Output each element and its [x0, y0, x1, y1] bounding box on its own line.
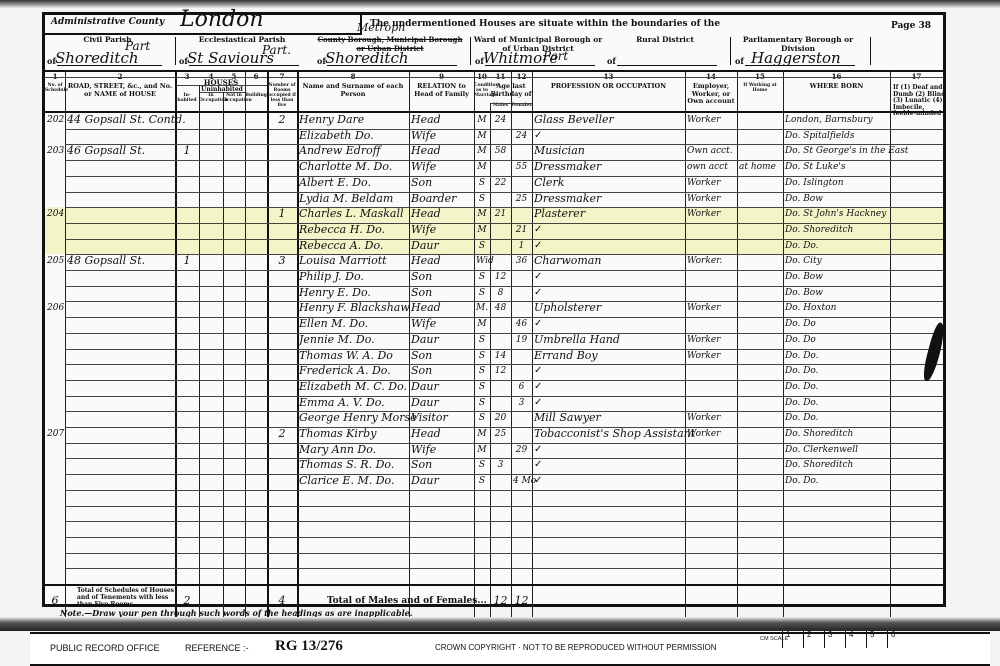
column-header: Condition as to Marriage: [474, 83, 490, 98]
birthplace: Do. City: [785, 254, 888, 268]
working-at-home: at home: [739, 160, 781, 174]
person-name: Mary Ann Do.: [299, 443, 407, 457]
column-header: In Occupation: [199, 93, 223, 103]
birthplace: Do. Spitalfields: [785, 129, 888, 143]
person-name: Jennie M. Do.: [299, 333, 407, 347]
marital-condition: S: [476, 270, 488, 284]
employment-status: Worker: [687, 176, 735, 190]
occupation: Dressmaker: [534, 160, 683, 174]
column-header: RELATION to Head of Family: [409, 83, 474, 98]
cm-scale-mark: 2: [803, 630, 824, 648]
relation: Head: [411, 301, 472, 315]
female-age: 36: [513, 254, 530, 268]
birthplace: Do. Islington: [785, 176, 888, 190]
male-age: 14: [492, 349, 509, 363]
person-name: Philip J. Do.: [299, 270, 407, 284]
relation: Son: [411, 286, 472, 300]
relation: Head: [411, 144, 472, 158]
female-age: 4 Mo: [513, 474, 530, 488]
marital-condition: S: [476, 458, 488, 472]
marital-condition: M: [476, 427, 488, 441]
person-name: Rebecca A. Do.: [299, 239, 407, 253]
address: 48 Gopsall St.: [67, 254, 173, 268]
relation: Head: [411, 254, 472, 268]
person-name: Elizabeth Do.: [299, 129, 407, 143]
check-mark: ✓: [534, 475, 542, 486]
schedule-number: 205: [47, 254, 63, 268]
person-name: Charles L. Maskall: [299, 207, 407, 221]
person-name: Louisa Marriott: [299, 254, 407, 268]
column-header: ROAD, STREET, &c., and No. or NAME of HO…: [65, 83, 175, 98]
relation: Wife: [411, 223, 472, 237]
relation: Daur: [411, 333, 472, 347]
marital-condition: M: [476, 443, 488, 457]
person-name: Henry E. Do.: [299, 286, 407, 300]
relation: Head: [411, 113, 472, 127]
relation: Daur: [411, 380, 472, 394]
occupation: Errand Boy: [534, 349, 683, 363]
person-name: Rebecca H. Do.: [299, 223, 407, 237]
male-age: 3: [492, 458, 509, 472]
marital-condition: M: [476, 113, 488, 127]
rooms-count: 2: [269, 427, 295, 441]
person-name: Charlotte M. Do.: [299, 160, 407, 174]
check-mark: ✓: [534, 381, 542, 392]
relation: Son: [411, 176, 472, 190]
marital-condition: S: [476, 380, 488, 394]
rural-district: Rural District of: [605, 35, 725, 69]
male-age: 12: [492, 364, 509, 378]
census-sheet: Administrative County London The underme…: [42, 12, 946, 607]
inhabited-count: 1: [177, 144, 197, 158]
column-header: If Working at Home: [737, 83, 783, 93]
female-age: 3: [513, 396, 530, 410]
person-name: Thomas W. A. Do: [299, 349, 407, 363]
reference-label: REFERENCE :-: [185, 643, 249, 653]
birthplace: Do. Clerkenwell: [785, 443, 888, 457]
employment-status: Worker: [687, 207, 735, 221]
rooms-count: 2: [269, 113, 295, 127]
check-mark: ✓: [534, 397, 542, 408]
total-females: 12: [513, 594, 530, 608]
employment-status: Worker: [687, 349, 735, 363]
male-age: 12: [492, 270, 509, 284]
check-mark: ✓: [534, 444, 542, 455]
occupation: Umbrella Hand: [534, 333, 683, 347]
employment-status: Worker: [687, 333, 735, 347]
check-mark: ✓: [534, 240, 542, 251]
total-males: 12: [492, 594, 509, 608]
administrative-county-value: London: [180, 7, 264, 32]
relation: Son: [411, 364, 472, 378]
male-age: 25: [492, 427, 509, 441]
reference-number: RG 13/276: [275, 638, 343, 655]
check-mark: ✓: [534, 287, 542, 298]
male-age: 24: [492, 113, 509, 127]
marital-condition: S: [476, 176, 488, 190]
county-borough-insert: Metropn: [357, 21, 405, 34]
rooms-count: 1: [269, 207, 295, 221]
total-schedules: 6: [47, 594, 63, 608]
check-mark: ✓: [534, 365, 542, 376]
birthplace: Do. St Luke's: [785, 160, 888, 174]
check-mark: ✓: [534, 459, 542, 470]
relation: Wife: [411, 443, 472, 457]
relation: Head: [411, 427, 472, 441]
marital-condition: S: [476, 286, 488, 300]
schedule-number: 202: [47, 113, 63, 127]
relation: Wife: [411, 317, 472, 331]
marital-condition: M: [476, 317, 488, 331]
schedule-number: 206: [47, 301, 63, 315]
cm-scale-mark: 6: [887, 630, 908, 648]
administrative-county-label: Administrative County: [51, 17, 164, 27]
employment-status: Worker: [687, 113, 735, 127]
column-header: If (1) Deaf and Dumb (2) Blind (3) Lunat…: [890, 85, 946, 118]
birthplace: Do. St John's Hackney: [785, 207, 888, 221]
schedule-number: 207: [47, 427, 63, 441]
marital-condition: S: [476, 349, 488, 363]
column-header: In-habited: [175, 93, 199, 103]
schedule-number: 203: [47, 144, 63, 158]
relation: Boarder: [411, 192, 472, 206]
birthplace: Do. Do.: [785, 396, 888, 410]
column-header: PROFESSION OR OCCUPATION: [532, 83, 685, 91]
female-age: 19: [513, 333, 530, 347]
relation: Son: [411, 458, 472, 472]
marital-condition: S: [476, 239, 488, 253]
occupation: Musician: [534, 144, 683, 158]
total-inhabited: 2: [177, 594, 197, 608]
town-village: [815, 35, 955, 69]
of-label: of: [607, 56, 616, 66]
birthplace: Do. Do.: [785, 474, 888, 488]
ward: Ward of Municipal Borough or of Urban Di…: [473, 35, 603, 69]
marital-condition: M: [476, 129, 488, 143]
check-mark: ✓: [534, 130, 542, 141]
employment-status: Worker: [687, 192, 735, 206]
scan-edge: [0, 0, 1000, 8]
marital-condition: S: [476, 333, 488, 347]
copyright-notice: CROWN COPYRIGHT · NOT TO BE REPRODUCED W…: [435, 643, 717, 652]
birthplace: Do. Do.: [785, 349, 888, 363]
birthplace: Do. Bow: [785, 270, 888, 284]
relation: Head: [411, 207, 472, 221]
male-age: 20: [492, 411, 509, 425]
female-age: 1: [513, 239, 530, 253]
male-age: 58: [492, 144, 509, 158]
relation: Son: [411, 270, 472, 284]
birthplace: London, Barnsbury: [785, 113, 888, 127]
column-header: Number of Rooms occupied if less than fi…: [267, 83, 297, 108]
marital-condition: S: [476, 396, 488, 410]
employment-status: Worker: [687, 427, 735, 441]
male-age: 48: [492, 301, 509, 315]
person-name: Elizabeth M. C. Do.: [299, 380, 407, 394]
person-name: Thomas Kirby: [299, 427, 407, 441]
person-name: Albert E. Do.: [299, 176, 407, 190]
birthplace: Do. Do.: [785, 364, 888, 378]
marital-condition: M: [476, 207, 488, 221]
relation: Daur: [411, 474, 472, 488]
totals-schedules-label: Total of Schedules of Houses and of Tene…: [77, 587, 177, 608]
check-mark: ✓: [534, 224, 542, 235]
column-header: No. of Schedule: [45, 83, 65, 93]
civil-parish-label: Civil Parish: [45, 35, 170, 44]
birthplace: Do. Bow: [785, 192, 888, 206]
cm-scale-mark: 1: [782, 630, 803, 648]
person-name: Lydia M. Beldam: [299, 192, 407, 206]
marital-condition: S: [476, 474, 488, 488]
birthplace: Do. Do: [785, 333, 888, 347]
rural-district-label: Rural District: [605, 35, 725, 44]
intro-text: The undermentioned Houses are situate wi…: [370, 19, 720, 29]
relation: Wife: [411, 160, 472, 174]
person-name: Andrew Edroff: [299, 144, 407, 158]
marital-condition: M.: [476, 301, 488, 315]
birthplace: Do. Bow: [785, 286, 888, 300]
birthplace: Do. St George's in the East: [785, 144, 888, 158]
relation: Daur: [411, 239, 472, 253]
of-label: of: [735, 56, 744, 66]
birthplace: Do. Shoreditch: [785, 427, 888, 441]
marital-condition: S: [476, 364, 488, 378]
totals-males-females-label: Total of Males and of Females...: [327, 596, 487, 606]
male-age: 8: [492, 286, 509, 300]
page-number: Page 38: [891, 21, 931, 31]
county-borough: Metropn County Borough, Municipal Boroug…: [315, 35, 465, 69]
office-label: PUBLIC RECORD OFFICE: [50, 643, 160, 653]
occupation: Upholsterer: [534, 301, 683, 315]
inhabited-count: 1: [177, 254, 197, 268]
person-name: Henry Dare: [299, 113, 407, 127]
employment-status: Worker: [687, 411, 735, 425]
cm-scale-mark: 5: [866, 630, 887, 648]
birthplace: Do. Shoreditch: [785, 458, 888, 472]
address: 44 Gopsall St. Contd.: [67, 113, 173, 127]
employment-status: Worker.: [687, 254, 735, 268]
marital-condition: S: [476, 411, 488, 425]
person-name: Henry F. Blackshaw: [299, 301, 407, 315]
marital-condition: Wid: [476, 254, 488, 268]
relation: Visitor: [411, 411, 472, 425]
female-age: 24: [513, 129, 530, 143]
employment-status: own acct: [687, 160, 735, 174]
occupation: Charwoman: [534, 254, 683, 268]
relation: Wife: [411, 129, 472, 143]
person-name: George Henry Morse: [299, 411, 407, 425]
occupation: Glass Beveller: [534, 113, 683, 127]
person-name: Thomas S. R. Do.: [299, 458, 407, 472]
archive-footer: PUBLIC RECORD OFFICE REFERENCE :- RG 13/…: [30, 632, 990, 666]
occupation: Mill Sawyer: [534, 411, 683, 425]
occupation: Clerk: [534, 176, 683, 190]
check-mark: ✓: [534, 271, 542, 282]
employment-status: Worker: [687, 301, 735, 315]
address: 46 Gopsall St.: [67, 144, 173, 158]
person-name: Frederick A. Do.: [299, 364, 407, 378]
marital-condition: S: [476, 192, 488, 206]
female-age: 21: [513, 223, 530, 237]
female-age: 25: [513, 192, 530, 206]
relation: Daur: [411, 396, 472, 410]
marital-condition: M: [476, 144, 488, 158]
cm-scale-mark: 4: [845, 630, 866, 648]
column-header: Name and Surname of each Person: [297, 83, 409, 98]
marital-condition: M: [476, 223, 488, 237]
occupation: Dressmaker: [534, 192, 683, 206]
scan-edge-bottom: [0, 617, 1000, 631]
male-age: 22: [492, 176, 509, 190]
column-header: WHERE BORN: [783, 83, 890, 91]
civil-parish: Civil Parish Part of Shoreditch: [45, 35, 170, 69]
check-mark: ✓: [534, 318, 542, 329]
occupation: Plasterer: [534, 207, 683, 221]
person-name: Clarice E. M. Do.: [299, 474, 407, 488]
birthplace: Do. Do.: [785, 380, 888, 394]
person-name: Ellen M. Do.: [299, 317, 407, 331]
total-rooms: 4: [269, 594, 295, 608]
birthplace: Do. Do.: [785, 411, 888, 425]
marital-condition: M: [476, 160, 488, 174]
schedule-number: 204: [47, 207, 63, 221]
birthplace: Do. Do.: [785, 239, 888, 253]
column-header: Employer, Worker, or Own account: [685, 83, 737, 106]
female-age: 29: [513, 443, 530, 457]
employment-status: Own acct.: [687, 144, 735, 158]
occupation: Tobacconist's Shop Assistant: [534, 427, 683, 441]
relation: Son: [411, 349, 472, 363]
cm-scale-mark: 3: [824, 630, 845, 648]
person-name: Emma A. V. Do.: [299, 396, 407, 410]
column-header: Building: [245, 93, 267, 98]
ecclesiastical-parish: Ecclesiastical Parish Part. of St Saviou…: [177, 35, 307, 69]
birthplace: Do. Hoxton: [785, 301, 888, 315]
male-age: 21: [492, 207, 509, 221]
rooms-count: 3: [269, 254, 295, 268]
birthplace: Do. Shoreditch: [785, 223, 888, 237]
female-age: 55: [513, 160, 530, 174]
birthplace: Do. Do: [785, 317, 888, 331]
column-header: Not in Occupation: [223, 93, 245, 103]
female-age: 46: [513, 317, 530, 331]
female-age: 6: [513, 380, 530, 394]
